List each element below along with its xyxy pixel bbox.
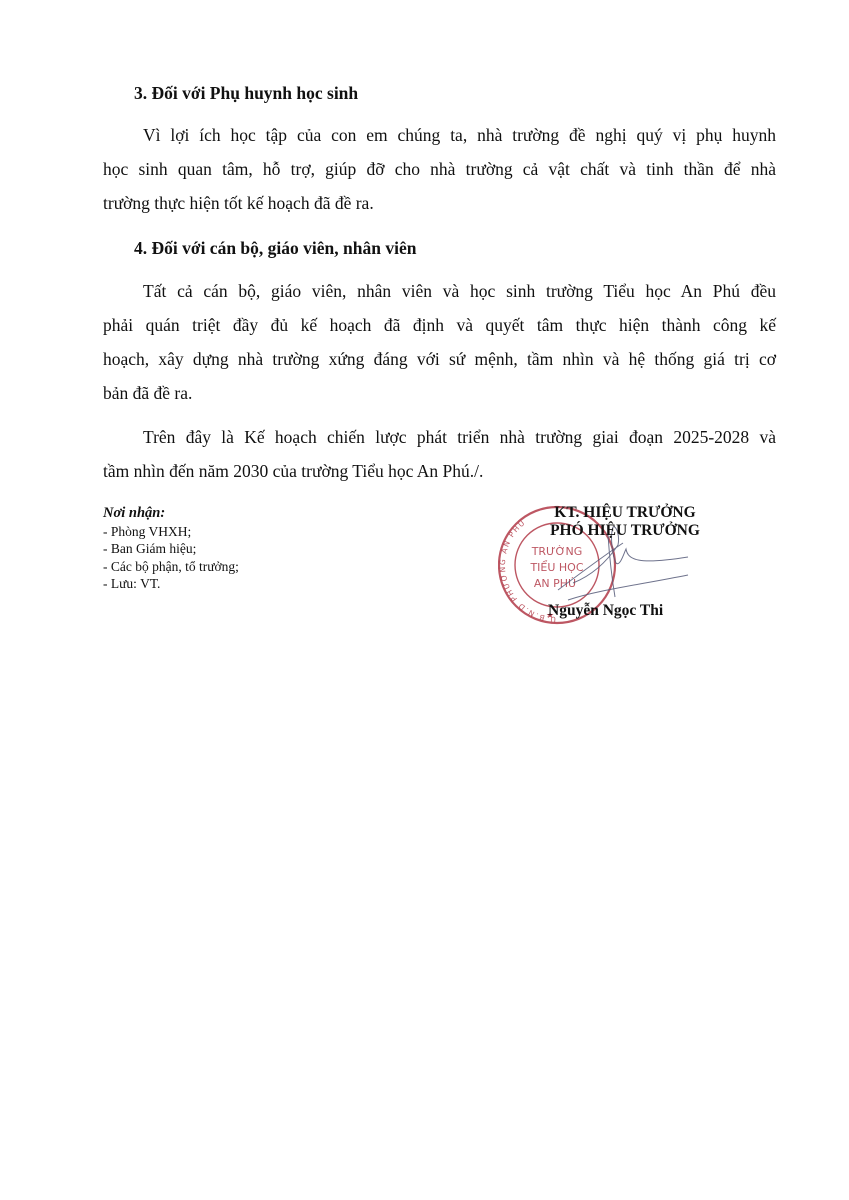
- closing-paragraph: Trên đây là Kế hoạch chiến lược phát tri…: [103, 420, 776, 488]
- paragraph-line: trường thực hiện tốt kế hoạch đã đề ra.: [103, 186, 776, 220]
- recipient-item: - Lưu: VT.: [103, 575, 239, 593]
- paragraph-line: hoạch, xây dựng nhà trường xứng đáng với…: [103, 342, 776, 376]
- stamp-line: AN PHÚ: [534, 577, 576, 590]
- recipient-item: - Ban Giám hiệu;: [103, 540, 239, 558]
- recipients-title: Nơi nhận:: [103, 505, 239, 523]
- signer-name: Nguyễn Ngọc Thi: [548, 602, 663, 620]
- signature-subtitle: PHÓ HIỆU TRƯỞNG: [530, 522, 720, 540]
- section-4-paragraph: Tất cả cán bộ, giáo viên, nhân viên và h…: [103, 274, 776, 410]
- paragraph-line: Vì lợi ích học tập của con em chúng ta, …: [103, 118, 776, 152]
- paragraph-line: Tất cả cán bộ, giáo viên, nhân viên và h…: [103, 274, 776, 308]
- signature-block: KT. HIỆU TRƯỞNG PHÓ HIỆU TRƯỞNG: [530, 504, 720, 540]
- section-4-heading: 4. Đối với cán bộ, giáo viên, nhân viên: [134, 238, 416, 259]
- recipients-block: Nơi nhận: - Phòng VHXH; - Ban Giám hiệu;…: [103, 505, 239, 593]
- stamp-line: TIỂU HỌC: [529, 560, 583, 574]
- paragraph-line: học sinh quan tâm, hỗ trợ, giúp đỡ cho n…: [103, 152, 776, 186]
- recipient-item: - Phòng VHXH;: [103, 523, 239, 541]
- stamp-line: TRƯỜNG: [531, 545, 583, 558]
- paragraph-line: tầm nhìn đến năm 2030 của trường Tiểu họ…: [103, 454, 776, 488]
- paragraph-line: Trên đây là Kế hoạch chiến lược phát tri…: [103, 420, 776, 454]
- paragraph-line: phải quán triệt đầy đủ kế hoạch đã định …: [103, 308, 776, 342]
- recipient-item: - Các bộ phận, tổ trưởng;: [103, 558, 239, 576]
- paragraph-line: bản đã đề ra.: [103, 376, 776, 410]
- section-3-heading: 3. Đối với Phụ huynh học sinh: [134, 83, 358, 104]
- signature-title: KT. HIỆU TRƯỞNG: [530, 504, 720, 522]
- section-3-paragraph: Vì lợi ích học tập của con em chúng ta, …: [103, 118, 776, 220]
